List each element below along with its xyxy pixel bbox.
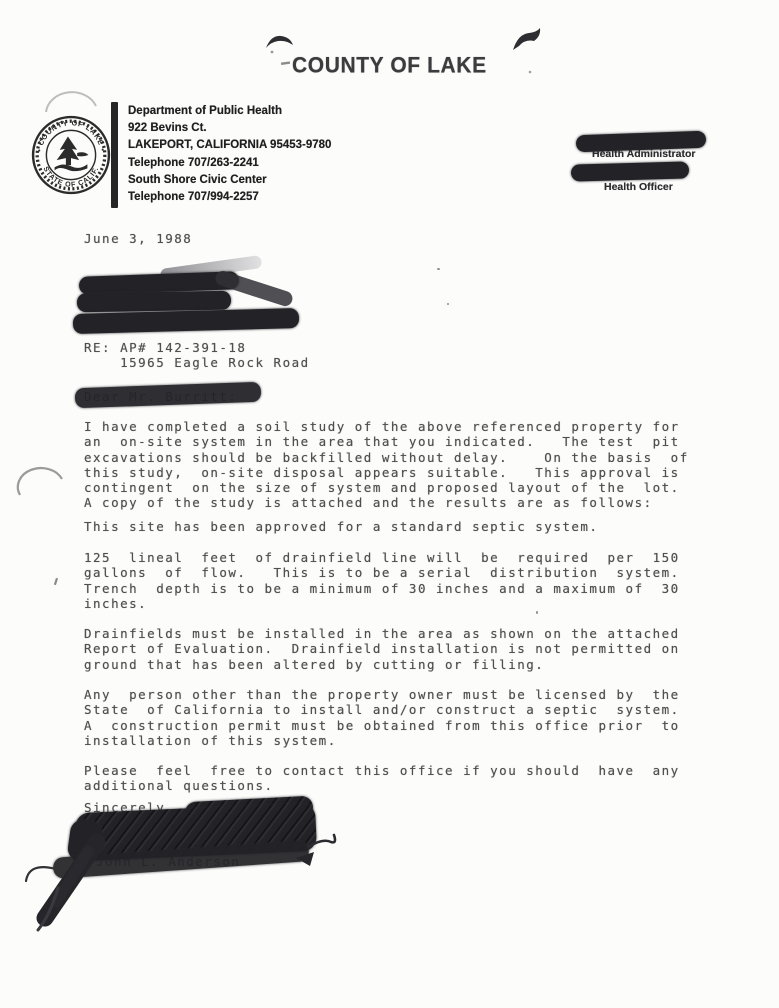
pen-arc — [26, 867, 56, 881]
health-officer-title: Health Officer — [604, 181, 673, 193]
signature-pen-strokes — [0, 0, 360, 1008]
redaction-health-officer-name — [571, 161, 689, 181]
staple-mark-right — [513, 28, 540, 50]
speck — [529, 71, 532, 74]
health-administrator-title: Health Administrator — [592, 148, 695, 160]
speck — [447, 303, 449, 305]
signature-pen-tail — [308, 835, 335, 847]
speck — [437, 268, 440, 270]
scanned-letter-page: COUNTY OF LAKE • COUNTY OF LAKE • STATE … — [0, 0, 779, 1008]
marker-arrow-tip — [296, 852, 314, 866]
speck — [536, 611, 538, 614]
